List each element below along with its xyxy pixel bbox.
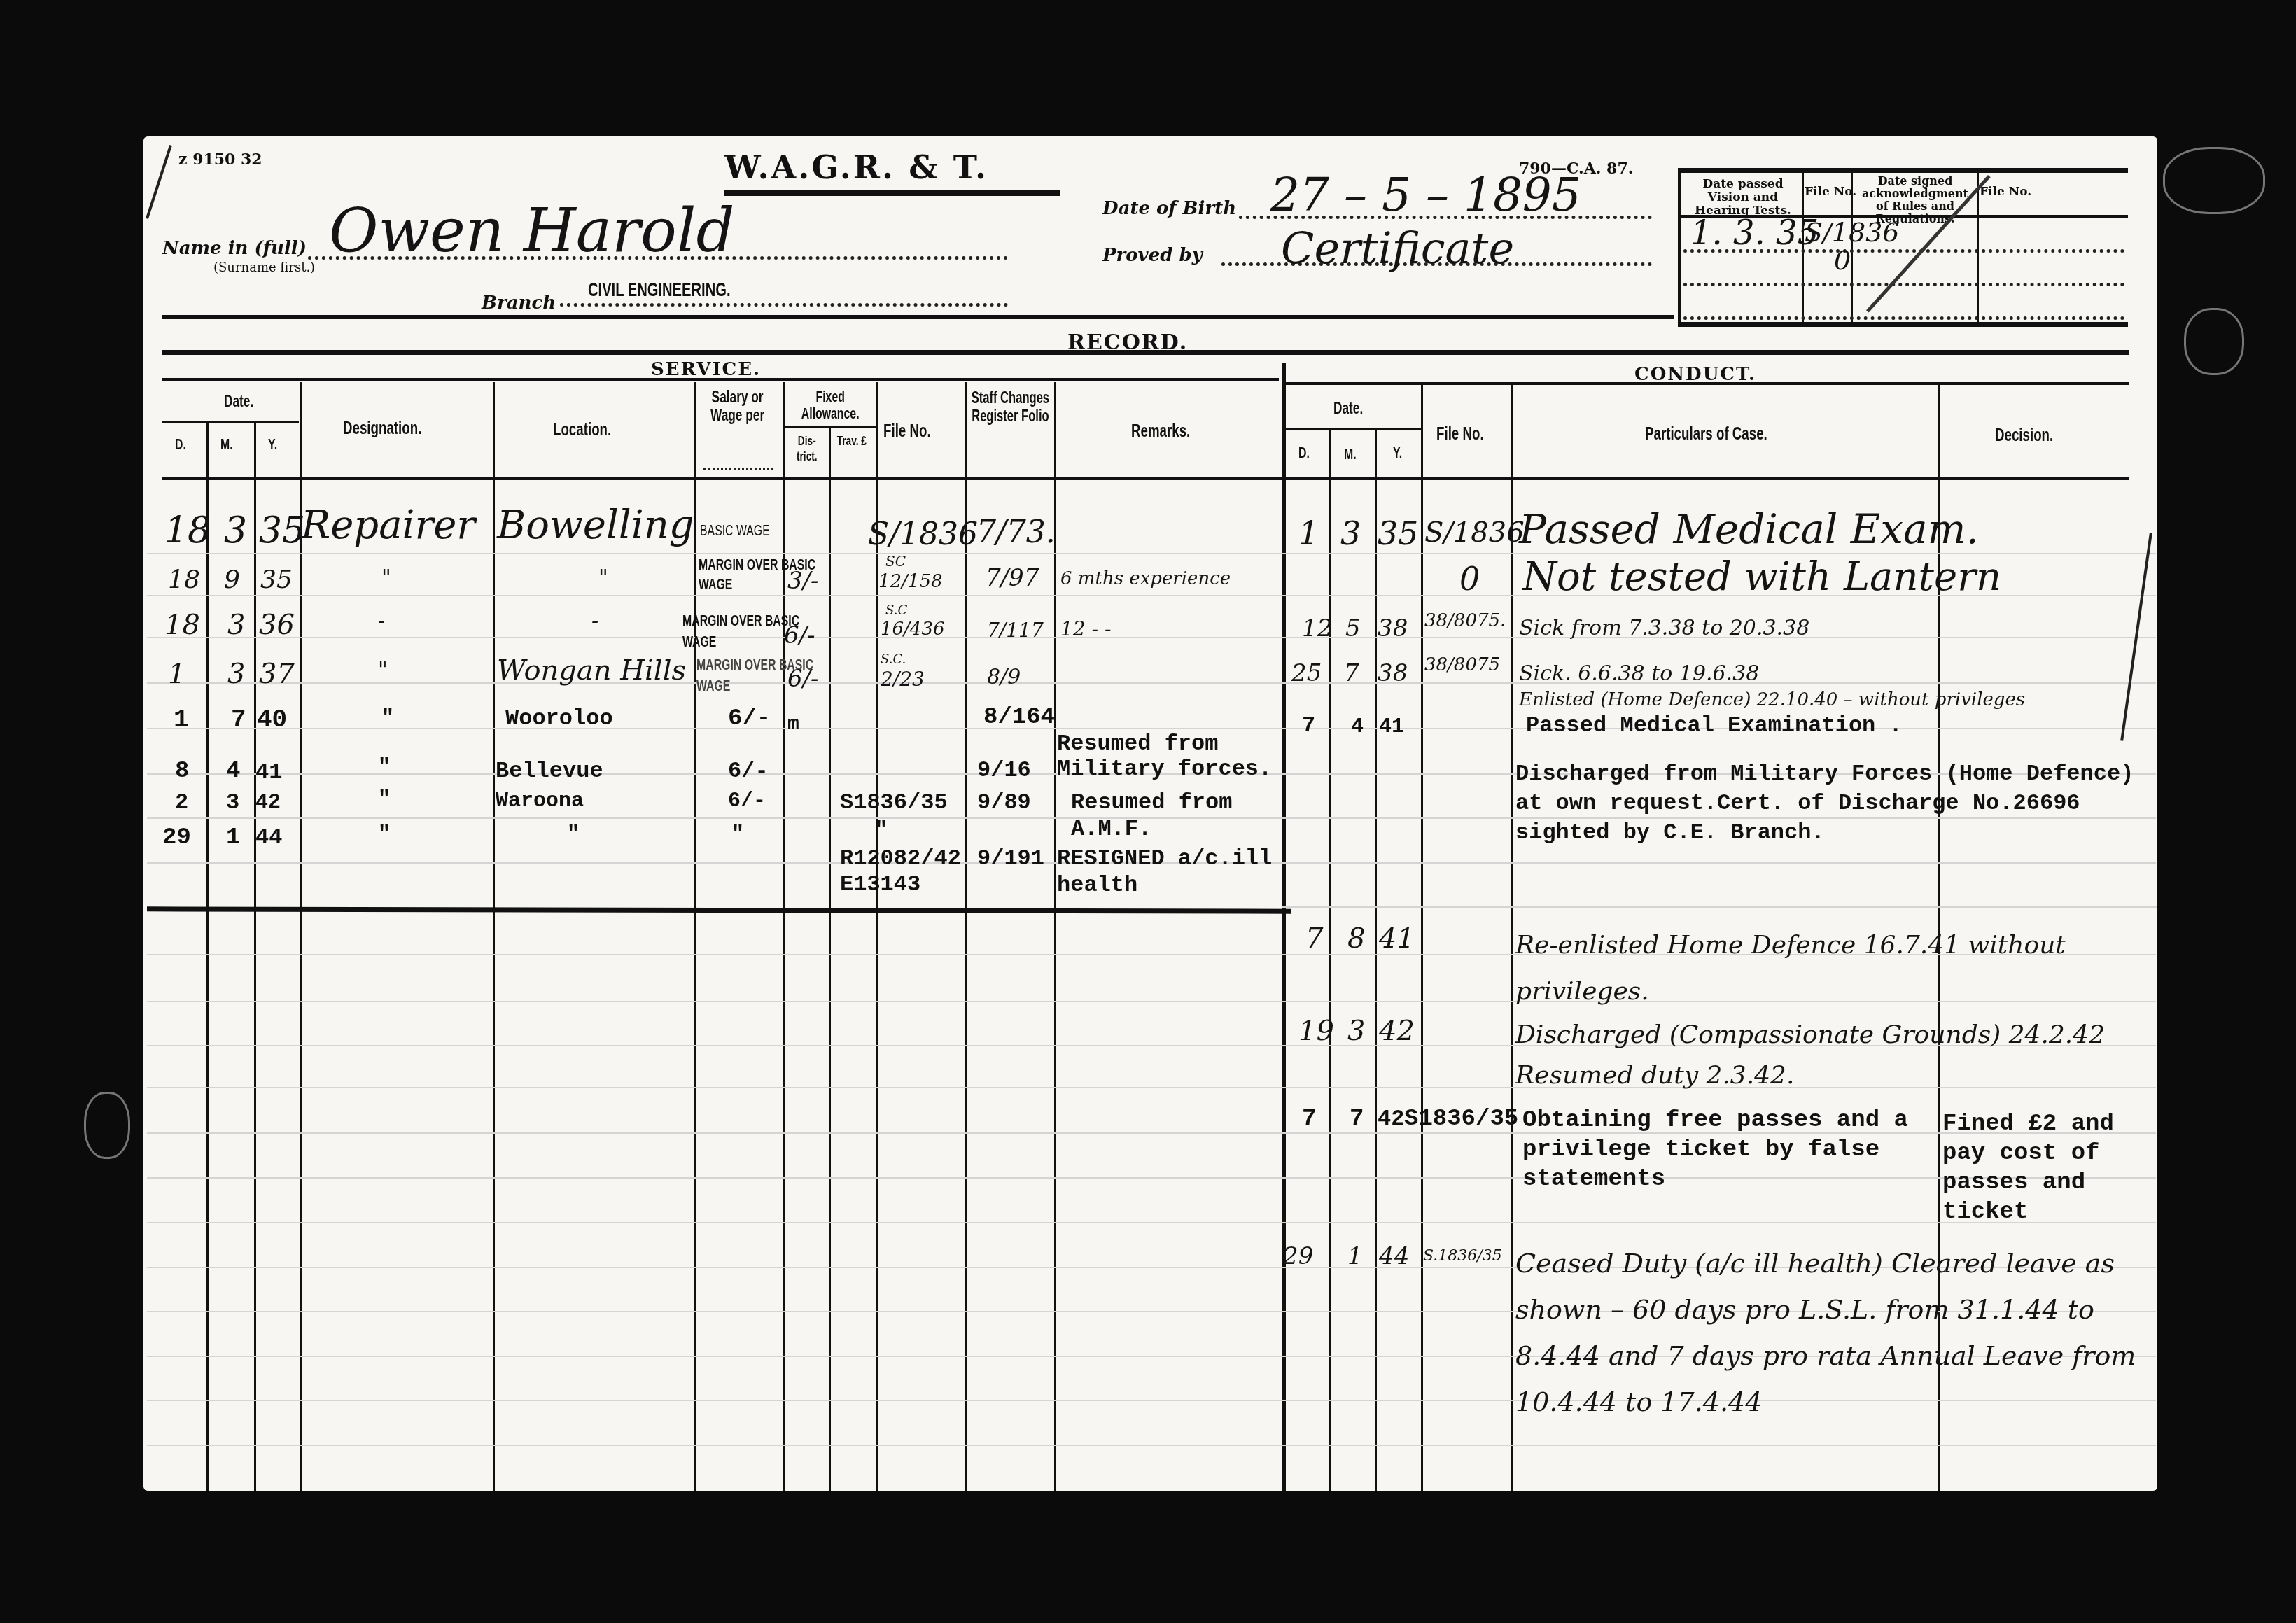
d-text: 12 xyxy=(1302,614,1332,642)
particulars-text: Discharged (Compassionate Grounds) 24.2.… xyxy=(1515,1015,2117,1096)
service-header-date: Date. xyxy=(224,392,253,412)
particulars-text: Discharged from Military Forces (Home De… xyxy=(1515,759,2145,848)
d-text: 2 xyxy=(175,789,188,815)
particulars-text: Obtaining free passes and a privilege ti… xyxy=(1522,1106,1935,1194)
y-text: 37 xyxy=(259,658,295,690)
service-rule xyxy=(162,378,1279,381)
file-no-text: S/1836 xyxy=(868,517,978,552)
m-text: 3 xyxy=(1340,514,1361,552)
designation-text: " xyxy=(378,658,388,682)
location-text: Bellevue xyxy=(496,758,603,784)
remarks-text: Resumed from A.M.F. xyxy=(1071,789,1288,843)
remarks-text: 12 - - xyxy=(1060,617,1111,640)
district-text: m xyxy=(787,714,799,736)
designation-text: " xyxy=(378,756,391,780)
designation-text: Repairer xyxy=(301,503,475,548)
particulars-text: Enlisted (Home Defence) 22.10.40 – witho… xyxy=(1519,689,2025,710)
d-text: 1 xyxy=(168,658,185,690)
file-no-2-text: R12082/42 xyxy=(840,845,961,871)
file-no-text: S1836/35 xyxy=(1404,1106,1518,1132)
service-header-district: Dis- trict. xyxy=(787,434,827,465)
tests-header-file-2: File No. xyxy=(1980,185,2029,199)
record-rule xyxy=(162,350,2129,355)
conduct-header-m: M. xyxy=(1344,445,1357,463)
d-text: 29 xyxy=(1283,1242,1313,1270)
remarks-text: RESIGNED a/c.ill health xyxy=(1057,845,1295,899)
y-text: 35 xyxy=(1378,514,1419,552)
particulars-text: Ceased Duty (a/c ill health) Cleared lea… xyxy=(1515,1240,2145,1425)
branch-label: Branch xyxy=(482,293,556,314)
file-no-text: 12/158 xyxy=(878,571,942,592)
m-text: 4 xyxy=(226,758,240,785)
m-text: 1 xyxy=(1347,1242,1363,1270)
y-text: 41 xyxy=(1379,922,1415,955)
d-text: 7 xyxy=(1305,922,1323,955)
designation-text: " xyxy=(378,788,391,812)
decision-text: Fined £2 and pay cost of passes and tick… xyxy=(1942,1109,2152,1227)
file-no-text: 38/8075 xyxy=(1424,654,1500,675)
section-divider xyxy=(1282,363,1286,1491)
salary-dots xyxy=(703,468,773,470)
folio-text: 7/117 xyxy=(987,619,1044,642)
m-text: 3 xyxy=(1347,1015,1365,1047)
d-text: 8 xyxy=(175,758,189,785)
folio-text: 8/164 xyxy=(983,704,1055,731)
y-text: 44 xyxy=(1379,1242,1409,1270)
header-rule xyxy=(162,315,1674,319)
location-text: " xyxy=(567,823,580,847)
conduct-header-decision: Decision. xyxy=(1995,424,2053,446)
file-no-text: 38/8075. xyxy=(1424,610,1506,631)
remarks-text: Resumed from Military forces. xyxy=(1057,731,1295,782)
wage-text: 6/- xyxy=(728,789,766,813)
d-text: 25 xyxy=(1291,659,1322,687)
proved-label: Proved by xyxy=(1102,245,1203,266)
designation-text: " xyxy=(381,565,391,590)
form-title: W.A.G.R. & T. xyxy=(724,148,988,186)
conduct-header-d: D. xyxy=(1298,444,1310,462)
particulars-text: Sick. 6.6.38 to 19.6.38 xyxy=(1519,661,1759,686)
tests-header-file: File No. xyxy=(1805,185,1851,199)
m-text: 7 xyxy=(231,705,246,734)
wage-text: " xyxy=(731,823,744,847)
file-no-text: 16/436 xyxy=(881,619,944,640)
name-value: Owen Harold xyxy=(329,196,734,266)
m-text: 4 xyxy=(1351,715,1364,739)
file-no-text: 0 xyxy=(1459,560,1480,598)
vision-test-date: 1. 3. 35 xyxy=(1690,213,1819,253)
y-text: 38 xyxy=(1378,614,1408,642)
folio-text: 7/97 xyxy=(986,564,1039,592)
wage-label-text: BASIC WAGE xyxy=(700,521,770,540)
wage-text: 6/- xyxy=(784,621,815,649)
stain-mark xyxy=(2163,147,2265,214)
folio-text: 9/89 xyxy=(977,789,1031,815)
service-header-d: D. xyxy=(175,435,186,454)
service-header-m: M. xyxy=(220,435,233,454)
y-text: 36 xyxy=(259,609,295,641)
stain-mark xyxy=(84,1092,130,1159)
service-header-trav: Trav. £ xyxy=(832,434,872,449)
file-no-text: S1836/35 xyxy=(840,789,948,815)
m-text: 7 xyxy=(1350,1106,1364,1132)
dob-value: 27 – 5 – 1895 xyxy=(1270,168,1581,222)
location-text: Waroona xyxy=(496,789,584,813)
designation-text: - xyxy=(378,609,385,633)
designation-text: " xyxy=(381,707,394,731)
location-text: Wooroloo xyxy=(505,705,613,731)
wage-text: 6/- xyxy=(787,665,819,693)
m-text: 5 xyxy=(1345,614,1361,642)
column-header-rule xyxy=(162,477,2129,480)
m-text: 1 xyxy=(226,824,240,851)
d-text: 7 xyxy=(1302,1106,1316,1132)
file-no-top-text: S.C. xyxy=(881,652,906,667)
location-text: " xyxy=(598,565,608,590)
y-text: 41 xyxy=(1379,715,1404,739)
service-header-designation: Designation. xyxy=(343,417,421,439)
service-header-location: Location. xyxy=(553,419,611,440)
m-text: 3 xyxy=(224,510,247,551)
service-header-remarks: Remarks. xyxy=(1131,420,1190,442)
file-no-text: " xyxy=(875,819,888,843)
conduct-rule xyxy=(1286,382,2129,385)
m-text: 3 xyxy=(226,789,239,815)
location-text: Bowelling xyxy=(497,503,694,548)
conduct-header-y: Y. xyxy=(1393,444,1402,462)
location-text: - xyxy=(591,609,598,633)
location-text: Wongan Hills xyxy=(497,654,686,687)
service-header-salary: Salary or Wage per xyxy=(697,388,778,425)
branch-field-line xyxy=(560,303,1008,307)
d-text: 1 xyxy=(174,705,189,734)
designation-text: " xyxy=(378,823,391,847)
y-text: 41 xyxy=(255,759,282,785)
y-text: 42 xyxy=(1379,1015,1415,1047)
particulars-text: Not tested with Lantern xyxy=(1522,554,2001,600)
file-no-text: S/1836 xyxy=(1424,517,1525,549)
d-text: 18 xyxy=(164,510,211,551)
stain-mark xyxy=(2184,308,2244,375)
name-sublabel: (Surname first.) xyxy=(213,260,315,275)
vision-test-file-no: S/1836 xyxy=(1805,217,1900,248)
y-text: 44 xyxy=(255,824,282,850)
particulars-text: Sick from 7.3.38 to 20.3.38 xyxy=(1519,616,1809,640)
m-text: 7 xyxy=(1344,659,1359,687)
conduct-header-particulars: Particulars of Case. xyxy=(1645,423,1767,444)
wage-text: 6/- xyxy=(728,705,771,732)
y-text: 35 xyxy=(260,565,293,594)
m-text: 3 xyxy=(227,609,245,641)
y-text: 42 xyxy=(1378,1106,1404,1132)
folio-text: 8/9 xyxy=(987,665,1021,689)
file-no-3-text: E13143 xyxy=(840,871,920,897)
folio-text: 9/16 xyxy=(977,757,1031,783)
service-title: SERVICE. xyxy=(651,359,761,380)
name-label: Name in (full) xyxy=(162,238,307,259)
title-underline xyxy=(724,190,1060,196)
y-text: 40 xyxy=(257,705,287,734)
file-no-text: S.1836/35 xyxy=(1423,1247,1502,1265)
conduct-header-date: Date. xyxy=(1333,399,1363,419)
m-text: 8 xyxy=(1347,922,1365,955)
d-text: 18 xyxy=(168,565,200,594)
y-text: 38 xyxy=(1378,659,1408,687)
tests-header-vision: Date passed Vision and Hearing Tests. xyxy=(1687,178,1799,218)
d-text: 18 xyxy=(164,609,200,641)
file-no-top-text: SC xyxy=(885,553,906,570)
folio-text: 9/191 xyxy=(977,845,1044,871)
particulars-text: Passed Medical Examination . xyxy=(1526,712,1903,738)
particulars-text: Passed Medical Exam. xyxy=(1519,505,1979,553)
service-header-fixed-allowance: Fixed Allowance. xyxy=(787,388,873,422)
remarks-text: 6 mths experience xyxy=(1060,568,1231,589)
m-text: 9 xyxy=(224,565,240,594)
d-text: 7 xyxy=(1302,712,1315,738)
y-text: 35 xyxy=(259,510,305,551)
file-no-top-text: S.C xyxy=(885,603,907,618)
m-text: 3 xyxy=(227,658,245,690)
folio-text: 7/73. xyxy=(976,514,1056,550)
d-text: 1 xyxy=(1298,514,1319,552)
dob-label: Date of Birth xyxy=(1102,198,1236,219)
service-header-y: Y. xyxy=(268,435,277,454)
form-serial: z 9150 32 xyxy=(178,150,262,169)
particulars-text: Re-enlisted Home Defence 16.7.41 without… xyxy=(1515,922,2117,1015)
d-text: 29 xyxy=(162,824,191,851)
d-text: 19 xyxy=(1298,1015,1334,1047)
vision-test-file-sub: 0 xyxy=(1834,245,1851,276)
wage-text: 3/- xyxy=(787,567,819,595)
service-header-staff-changes: Staff Changes Register Folio xyxy=(969,388,1052,425)
wage-text: 6/- xyxy=(728,758,769,784)
y-text: 42 xyxy=(255,791,281,815)
file-no-text: 2/23 xyxy=(881,668,925,691)
proved-value: Certificate xyxy=(1281,223,1514,274)
branch-value: CIVIL ENGINEERING. xyxy=(588,279,731,301)
service-header-file-no: File No. xyxy=(883,420,931,442)
conduct-header-file-no: File No. xyxy=(1436,423,1484,444)
